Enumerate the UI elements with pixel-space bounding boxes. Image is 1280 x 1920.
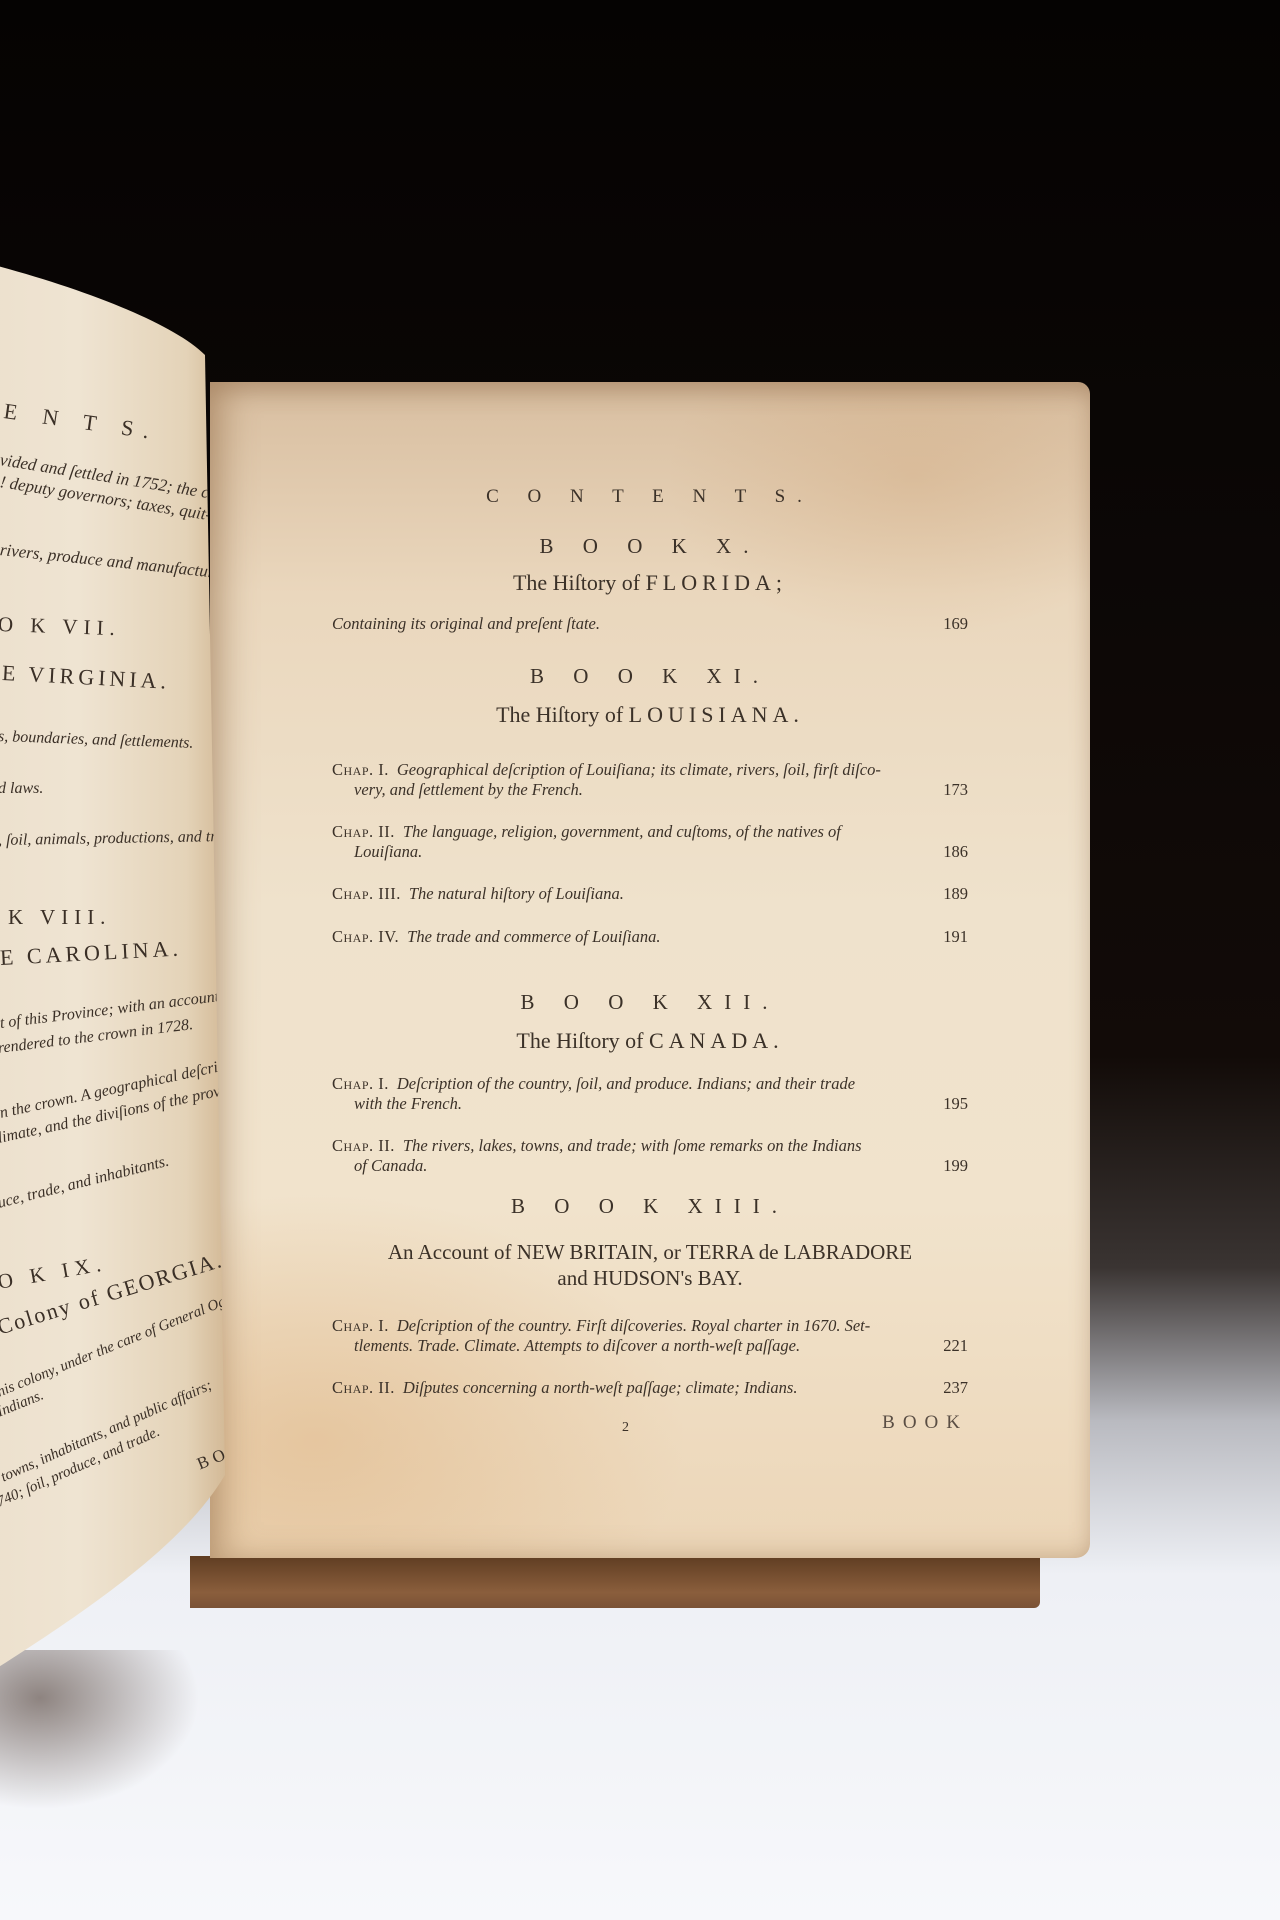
lp-book-heading: O K VII. (0, 612, 121, 641)
toc-entry: Chap. II.Diſputes concerning a north-weſ… (332, 1378, 968, 1398)
entry-desc: Deſcription of the country. Firſt diſcov… (397, 1316, 870, 1335)
entry-chap: Chap. I. (332, 760, 389, 779)
book-xii-heading: B O O K XII. (332, 990, 968, 1015)
toc-entry: Chap. II.The language, religion, governm… (332, 822, 968, 862)
book-xii-title: The Hiſtory of CANADA. (332, 1028, 968, 1054)
entry-desc: Diſputes concerning a north-weſt paſſage… (403, 1378, 798, 1397)
entry-page: 195 (943, 1094, 968, 1114)
entry-chap: Chap. II. (332, 1136, 395, 1155)
title-prefix: The Hiſtory of (516, 1028, 643, 1053)
page-shadow (190, 1556, 1040, 1608)
entry-desc-cont: tlements. Trade. Climate. Attempts to di… (332, 1336, 968, 1356)
entry-desc: Deſcription of the country, ſoil, and pr… (397, 1074, 855, 1093)
contents-heading: C O N T E N T S. (332, 486, 968, 508)
entry-chap: Chap. I. (332, 1316, 389, 1335)
entry-desc: Containing its original and preſent ſtat… (332, 614, 600, 633)
entry-page: 199 (943, 1156, 968, 1176)
lp-line: , ſoil, animals, productions, and trade. (0, 828, 244, 850)
toc-entry: Chap. I.Geographical deſcription of Loui… (332, 760, 968, 800)
lp-line: d laws. (0, 780, 43, 798)
entry-desc-cont: Louiſiana. (332, 842, 968, 862)
book-xi-heading: B O O K XI. (332, 664, 968, 689)
toc-entry: Containing its original and preſent ſtat… (332, 614, 968, 634)
toc-entry: Chap. III.The natural hiſtory of Louiſia… (332, 884, 968, 904)
left-page-wrap: E N T S. vided and ſettled in 1752; the … (0, 0, 260, 1920)
right-page: C O N T E N T S. B O O K X. The Hiſtory … (210, 382, 1090, 1558)
entry-desc: Geographical deſcription of Louiſiana; i… (397, 760, 881, 779)
entry-desc-cont: very, and ſettlement by the French. (332, 780, 968, 800)
contents-block: C O N T E N T S. B O O K X. The Hiſtory … (332, 382, 968, 1558)
lp-heading: E N T S. (2, 398, 160, 445)
entry-page: 186 (943, 842, 968, 862)
entry-desc: The rivers, lakes, towns, and trade; wit… (403, 1136, 862, 1155)
lp-line: uce, trade, and inhabitants. (0, 1153, 171, 1213)
entry-desc: The natural hiſtory of Louiſiana. (409, 884, 624, 903)
lp-book-title: E CAROLINA. (0, 935, 183, 970)
left-page: E N T S. vided and ſettled in 1752; the … (0, 240, 240, 1740)
lp-catchword: BOO (194, 1437, 249, 1475)
entry-desc-cont: with the French. (332, 1094, 968, 1114)
lp-line: s, boundaries, and ſettlements. (0, 728, 194, 753)
lp-book-title: E VIRGINIA. (1, 660, 170, 695)
entry-page: 169 (943, 614, 968, 634)
entry-page: 191 (943, 927, 968, 947)
entry-chap: Chap. II. (332, 1378, 395, 1397)
entry-page: 221 (943, 1336, 968, 1356)
book-xiii-heading: B O O K XIII. (332, 1194, 968, 1219)
toc-entry: Chap. IV.The trade and commerce of Louiſ… (332, 927, 968, 947)
entry-desc: The language, religion, government, and … (403, 822, 841, 841)
book-xiii-title-line2: and HUDSON's BAY. (332, 1266, 968, 1291)
lp-line: rivers, produce and manufactures. (0, 540, 233, 584)
book-x-heading: B O O K X. (332, 534, 968, 559)
toc-entry: Chap. I.Deſcription of the country. Firſ… (332, 1316, 968, 1356)
catchword: BOOK (882, 1412, 968, 1434)
entry-page: 237 (943, 1378, 968, 1398)
book-x-title: The Hiſtory of FLORIDA; (332, 570, 968, 596)
entry-page: 189 (943, 884, 968, 904)
title-prefix: The Hiſtory of (513, 570, 640, 595)
title-caps: CANADA. (649, 1028, 784, 1053)
title-caps: FLORIDA; (646, 570, 787, 595)
entry-chap: Chap. III. (332, 884, 401, 903)
lp-book-heading: K VIII. (8, 905, 111, 930)
book-xiii-title-line1: An Account of NEW BRITAIN, or TERRA de L… (332, 1240, 968, 1265)
entry-chap: Chap. IV. (332, 927, 399, 946)
title-prefix: The Hiſtory of (496, 702, 623, 727)
signature-mark: 2 (622, 1420, 629, 1436)
entry-chap: Chap. I. (332, 1074, 389, 1093)
entry-desc: The trade and commerce of Louiſiana. (407, 927, 660, 946)
toc-entry: Chap. I.Deſcription of the country, ſoil… (332, 1074, 968, 1114)
title-caps: LOUISIANA. (629, 702, 804, 727)
entry-desc-cont: of Canada. (332, 1156, 968, 1176)
entry-chap: Chap. II. (332, 822, 395, 841)
book-xi-title: The Hiſtory of LOUISIANA. (332, 702, 968, 728)
lp-book-title: Colony of GEORGIA. (0, 1247, 226, 1340)
toc-entry: Chap. II.The rivers, lakes, towns, and t… (332, 1136, 968, 1176)
entry-page: 173 (943, 780, 968, 800)
